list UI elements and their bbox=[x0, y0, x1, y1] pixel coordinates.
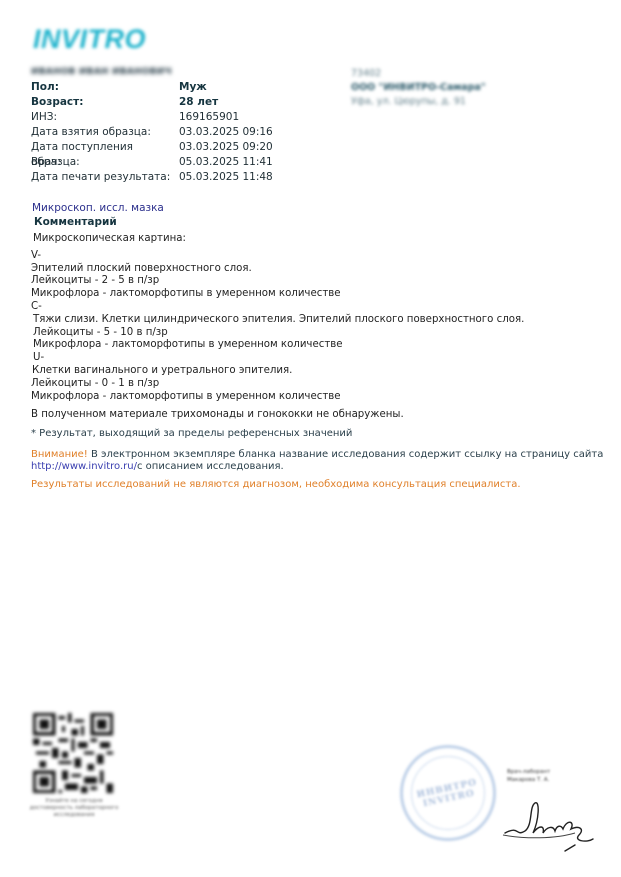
info-label: Возраст: bbox=[31, 95, 179, 110]
lab-info: 73402 ООО "ИНВИТРО-Самара" Уфа, ул. Цюру… bbox=[351, 67, 486, 109]
conclusion: В полученном материале трихомонады и гон… bbox=[31, 409, 524, 422]
info-row-print-date: Дата печати результата: 05.03.2025 11:48 bbox=[31, 170, 273, 185]
comment-line: Лейкоциты - 5 - 10 в п/зр bbox=[31, 327, 524, 340]
qr-code[interactable] bbox=[33, 713, 113, 793]
comment-line: Эпителий плоский поверхностного слоя. bbox=[31, 263, 524, 276]
comment-line: Клетки вагинального и уретрального эпите… bbox=[31, 365, 524, 378]
info-value: 05.03.2025 11:41 bbox=[179, 155, 273, 170]
comment-line: Микрофлора - лактоморфотипы в умеренном … bbox=[31, 339, 524, 352]
lab-code: 73402 bbox=[351, 67, 486, 81]
info-value: 05.03.2025 11:48 bbox=[179, 170, 273, 185]
info-value: 03.03.2025 09:16 bbox=[179, 125, 273, 140]
warning-label: Внимание! bbox=[31, 449, 88, 460]
comment-heading: Комментарий bbox=[34, 216, 117, 228]
comment-line: U- bbox=[31, 352, 524, 365]
test-title[interactable]: Микроскоп. иссл. мазка bbox=[32, 202, 164, 214]
info-label: ИНЗ: bbox=[31, 110, 179, 125]
invitro-logo: INVITRO bbox=[33, 24, 146, 55]
info-row-age: Возраст: 28 лет bbox=[31, 95, 273, 110]
info-label: Дата взятия образца: bbox=[31, 125, 179, 140]
comment-line: Тяжи слизи. Клетки цилиндрического эпите… bbox=[31, 314, 524, 327]
comment-line: С- bbox=[31, 301, 524, 314]
info-row-sample-date: Дата взятия образца: 03.03.2025 09:16 bbox=[31, 125, 273, 140]
disclaimer: Результаты исследований не являются диаг… bbox=[31, 479, 521, 490]
comment-line: V- bbox=[31, 250, 524, 263]
info-value: 03.03.2025 09:20 bbox=[179, 140, 273, 155]
comment-body: Микроскопическая картина: V- Эпителий пл… bbox=[31, 233, 524, 422]
info-label: Пол: bbox=[31, 80, 179, 95]
signer-name: Макарова Т. А. bbox=[507, 776, 550, 784]
comment-line: Микрофлора - лактоморфотипы в умеренном … bbox=[31, 391, 524, 404]
info-label: Дата поступления образца: bbox=[31, 140, 179, 155]
warning-note: Внимание! В электронном экземпляре бланк… bbox=[31, 449, 603, 472]
info-row-receipt-date: Дата поступления образца: 03.03.2025 09:… bbox=[31, 140, 273, 155]
patient-name: ИВАНОВ ИВАН ИВАНОВИЧ bbox=[31, 67, 172, 77]
info-row-doctor: Врач: 05.03.2025 11:41 bbox=[31, 155, 273, 170]
patient-info-table: Пол: Муж Возраст: 28 лет ИНЗ: 169165901 … bbox=[31, 80, 273, 185]
info-label: Дата печати результата: bbox=[31, 170, 179, 185]
qr-caption: Узнайте на сегодня достоверность лаборат… bbox=[28, 798, 120, 819]
stamp-text: ИНВИТРО INVITRO bbox=[402, 775, 494, 813]
comment-line: Микрофлора - лактоморфотипы в умеренном … bbox=[31, 288, 524, 301]
info-row-inz: ИНЗ: 169165901 bbox=[31, 110, 273, 125]
comment-line: Микроскопическая картина: bbox=[31, 233, 524, 246]
info-value: 28 лет bbox=[179, 95, 218, 110]
signer-info: Врач-лаборант Макарова Т. А. bbox=[507, 768, 550, 784]
lab-address: Уфа, ул. Цюрупы, д. 91 bbox=[351, 95, 486, 109]
signer-title: Врач-лаборант bbox=[507, 768, 550, 776]
warning-tail: с описанием исследования. bbox=[137, 461, 284, 472]
lab-organization: ООО "ИНВИТРО-Самара" bbox=[351, 81, 486, 95]
comment-line: Лейкоциты - 0 - 1 в п/зр bbox=[31, 378, 524, 391]
info-value: Муж bbox=[179, 80, 207, 95]
lab-stamp: ИНВИТРО INVITRO bbox=[400, 745, 496, 841]
comment-line: Лейкоциты - 2 - 5 в п/зр bbox=[31, 275, 524, 288]
info-label: Врач: bbox=[31, 155, 179, 170]
reference-footnote: * Результат, выходящий за пределы рефере… bbox=[31, 428, 352, 439]
info-row-sex: Пол: Муж bbox=[31, 80, 273, 95]
info-value: 169165901 bbox=[179, 110, 239, 125]
signature-icon bbox=[495, 795, 605, 855]
warning-text: В электронном экземпляре бланка название… bbox=[88, 449, 604, 460]
invitro-link[interactable]: http://www.invitro.ru/ bbox=[31, 461, 137, 472]
